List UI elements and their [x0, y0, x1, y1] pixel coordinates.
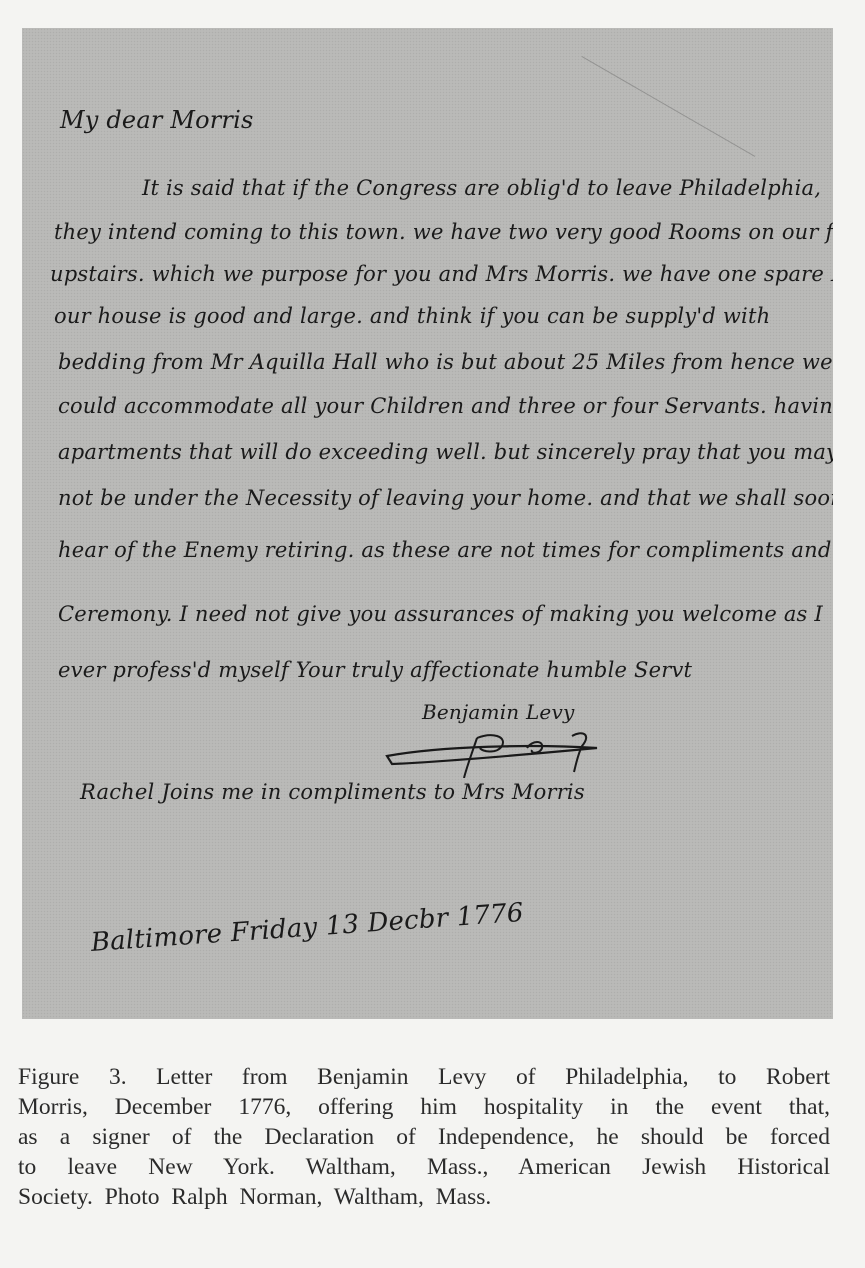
- letter-line: could accommodate all your Children and …: [58, 394, 833, 418]
- letter-line: our house is good and large. and think i…: [54, 304, 770, 328]
- letter-line: upstairs. which we purpose for you and M…: [50, 262, 833, 286]
- letter-line: they intend coming to this town. we have…: [54, 220, 833, 244]
- figure-caption: Figure 3. Letter from Benjamin Levy of P…: [18, 1062, 830, 1212]
- caption-line: to leave New York. Waltham, Mass., Ameri…: [18, 1152, 830, 1182]
- letter-line: not be under the Necessity of leaving yo…: [58, 486, 833, 510]
- letter-salutation: My dear Morris: [60, 106, 254, 134]
- caption-line: Figure 3. Letter from Benjamin Levy of P…: [18, 1062, 830, 1092]
- signature: Benjamin Levy: [422, 700, 574, 724]
- letter-line: Ceremony. I need not give you assurances…: [58, 602, 823, 626]
- caption-line: as a signer of the Declaration of Indepe…: [18, 1122, 830, 1152]
- letter-line: It is said that if the Congress are obli…: [142, 176, 822, 200]
- letter-line: hear of the Enemy retiring. as these are…: [58, 538, 831, 562]
- letter-line: ever profess'd myself Your truly affecti…: [58, 658, 692, 682]
- signature-flourish: [382, 728, 612, 778]
- paper-crease: [582, 56, 756, 157]
- letter-line: bedding from Mr Aquilla Hall who is but …: [58, 350, 833, 374]
- letter-postscript: Rachel Joins me in compliments to Mrs Mo…: [80, 780, 585, 804]
- letter-line: apartments that will do exceeding well. …: [58, 440, 833, 464]
- caption-line: Society. Photo Ralph Norman, Waltham, Ma…: [18, 1182, 830, 1212]
- letter-photograph: My dear Morris It is said that if the Co…: [22, 28, 833, 1019]
- caption-line: Morris, December 1776, offering him hosp…: [18, 1092, 830, 1122]
- letter-dateline: Baltimore Friday 13 Decbr 1776: [90, 898, 525, 958]
